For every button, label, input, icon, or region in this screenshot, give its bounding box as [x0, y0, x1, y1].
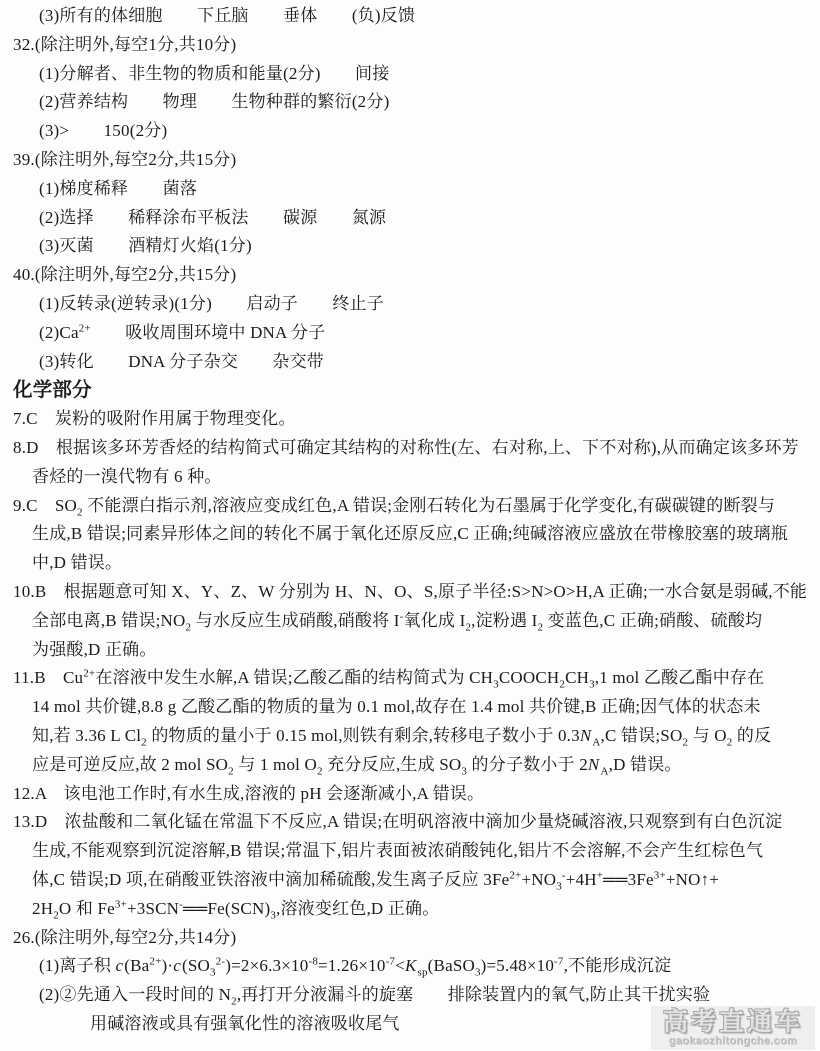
answer-line-34: (1)离子积 c(Ba2+)·c(SO32-)=2×6.3×10-8=1.26×…	[0, 952, 820, 981]
answer-line-2: 32.(除注明外,每空1分,共10分)	[0, 31, 820, 60]
answer-line-12: (2)Ca2+ 吸收周围环境中 DNA 分子	[0, 319, 820, 348]
answer-line-1: (3)所有的体细胞 下丘脑 垂体 (负)反馈	[0, 2, 820, 31]
scanned-answer-key-page: (3)所有的体细胞 下丘脑 垂体 (负)反馈32.(除注明外,每空1分,共10分…	[0, 0, 820, 1051]
watermark-url-text: gaokaozhitongche.com	[655, 1035, 811, 1048]
answer-line-22: 全部电离,B 错误;NO2 与水反应生成硝酸,硝酸将 I-氧化成 I2,淀粉遇 …	[0, 607, 820, 636]
answer-line-30: 生成,不能观察到沉淀溶解,B 错误;常温下,铝片表面被浓硝酸钝化,铝片不会溶解,…	[0, 837, 820, 866]
answer-line-21: 10.B 根据题意可知 X、Y、Z、W 分别为 H、N、O、S,原子半径:S>N…	[0, 578, 820, 607]
answer-line-5: (3)> 150(2分)	[0, 117, 820, 146]
answer-line-29: 13.D 浓盐酸和二氧化锰在常温下不反应,A 错误;在明矾溶液中滴加少量烧碱溶液…	[0, 808, 820, 837]
answer-line-7: (1)梯度稀释 菌落	[0, 175, 820, 204]
answer-line-13: (3)转化 DNA 分子杂交 杂交带	[0, 348, 820, 377]
answer-line-10: 40.(除注明外,每空2分,共15分)	[0, 261, 820, 290]
answer-line-6: 39.(除注明外,每空2分,共15分)	[0, 146, 820, 175]
answer-line-25: 14 mol 共价键,8.8 g 乙酸乙酯的物质的量为 0.1 mol,故存在 …	[0, 693, 820, 722]
answer-line-11: (1)反转录(逆转录)(1分) 启动子 终止子	[0, 290, 820, 319]
answer-line-28: 12.A 该电池工作时,有水生成,溶液的 pH 会逐渐减小,A 错误。	[0, 780, 820, 809]
answer-line-31: 体,C 错误;D 项,在硝酸亚铁溶液中滴加稀硫酸,发生离子反应 3Fe2++NO…	[0, 866, 820, 895]
answer-line-26: 知,若 3.36 L Cl2 的物质的量小于 0.15 mol,则铁有剩余,转移…	[0, 722, 820, 751]
answer-line-24: 11.B Cu2+在溶液中发生水解,A 错误;乙酸乙酯的结构简式为 CH3COO…	[0, 664, 820, 693]
answer-line-8: (2)选择 稀释涂布平板法 碳源 氮源	[0, 204, 820, 233]
answer-line-19: 生成,B 错误;同素异形体之间的转化不属于氧化还原反应,C 正确;纯碱溶液应盛放…	[0, 520, 820, 549]
answer-line-18: 9.C SO2 不能漂白指示剂,溶液应变成红色,A 错误;金刚石转化为石墨属于化…	[0, 492, 820, 521]
answer-line-20: 中,D 错误。	[0, 549, 820, 578]
answer-line-27: 应是可逆反应,故 2 mol SO2 与 1 mol O2 充分反应,生成 SO…	[0, 751, 820, 780]
watermark: 高考直通车 gaokaozhitongche.com	[651, 1006, 815, 1050]
answer-line-23: 为强酸,D 正确。	[0, 636, 820, 665]
answer-line-17: 香烃的一溴代物有 6 种。	[0, 463, 820, 492]
answer-line-3: (1)分解者、非生物的物质和能量(2分) 间接	[0, 60, 820, 89]
answer-line-9: (3)灭菌 酒精灯火焰(1分)	[0, 232, 820, 261]
answer-line-15: 7.C 炭粉的吸附作用属于物理变化。	[0, 405, 820, 434]
section-heading-chemistry: 化学部分	[0, 376, 820, 405]
answer-line-33: 26.(除注明外,每空2分,共14分)	[0, 924, 820, 953]
answer-line-16: 8.D 根据该多环芳香烃的结构简式可确定其结构的对称性(左、右对称,上、下不对称…	[0, 434, 820, 463]
document-body: (3)所有的体细胞 下丘脑 垂体 (负)反馈32.(除注明外,每空1分,共10分…	[0, 2, 820, 1039]
answer-line-4: (2)营养结构 物理 生物种群的繁衍(2分)	[0, 88, 820, 117]
watermark-brand-text: 高考直通车	[655, 1009, 811, 1035]
answer-line-32: 2H2O 和 Fe3++3SCN-══Fe(SCN)3,溶液变红色,D 正确。	[0, 895, 820, 924]
